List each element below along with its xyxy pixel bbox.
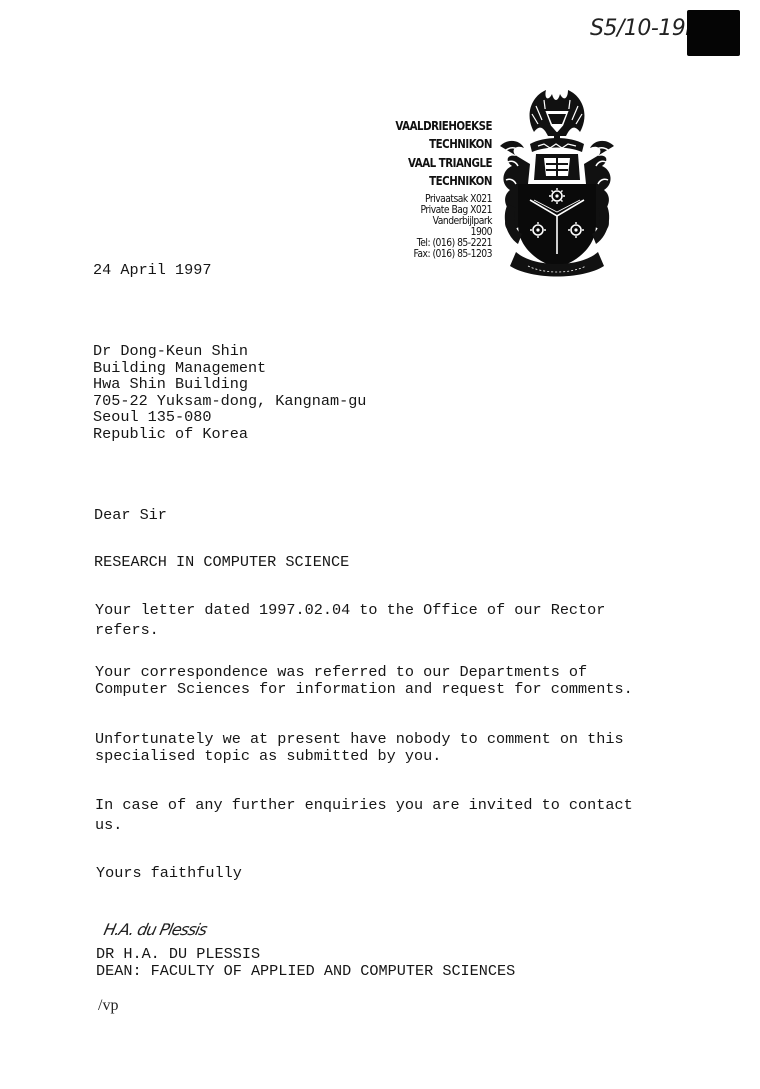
letterhead-text: VAALDRIEHOEKSE TECHNIKON VAAL TRIANGLE T… (352, 117, 492, 260)
recipient-line: Building Management (93, 360, 366, 377)
fax: Fax: (016) 85-1203 (369, 249, 492, 260)
body-paragraph: Your correspondence was referred to our … (95, 664, 633, 698)
typist-reference: /vp (98, 997, 118, 1015)
institution-name-af-1: VAALDRIEHOEKSE (377, 117, 492, 135)
closing: Yours faithfully (96, 865, 242, 882)
body-paragraph: In case of any further enquiries you are… (95, 795, 633, 835)
recipient-line: 705-22 Yuksam-dong, Kangnam-gu (93, 393, 366, 410)
paragraph-line: specialised topic as submitted by you. (95, 748, 624, 765)
redaction-block (687, 10, 740, 56)
coat-of-arms-icon (494, 84, 620, 280)
body-paragraph: Your letter dated 1997.02.04 to the Offi… (95, 600, 605, 640)
paragraph-line: us. (95, 815, 633, 835)
file-reference: S5/10-19L (590, 16, 697, 41)
recipient-line: Dr Dong-Keun Shin (93, 343, 366, 360)
paragraph-line: Your correspondence was referred to our … (95, 664, 633, 681)
institution-name-en-1: VAAL TRIANGLE (377, 154, 492, 172)
institution-name-en-2: TECHNIKON (377, 172, 492, 190)
paragraph-line: Your letter dated 1997.02.04 to the Offi… (95, 600, 605, 620)
recipient-line: Hwa Shin Building (93, 376, 366, 393)
body-paragraph: Unfortunately we at present have nobody … (95, 731, 624, 765)
paragraph-line: refers. (95, 620, 605, 640)
signatory-name: DR H.A. DU PLESSIS (96, 946, 515, 963)
salutation: Dear Sir (94, 507, 167, 524)
paragraph-line: In case of any further enquiries you are… (95, 795, 633, 815)
letter-date: 24 April 1997 (93, 262, 211, 279)
recipient-line: Republic of Korea (93, 426, 366, 443)
signatory-title: DEAN: FACULTY OF APPLIED AND COMPUTER SC… (96, 963, 515, 980)
paragraph-line: Unfortunately we at present have nobody … (95, 731, 624, 748)
subject-line: RESEARCH IN COMPUTER SCIENCE (94, 554, 349, 571)
paragraph-line: Computer Sciences for information and re… (95, 681, 633, 698)
recipient-address: Dr Dong-Keun Shin Building Management Hw… (93, 343, 366, 442)
signature: H.A. du Plessis (102, 920, 208, 939)
signatory-block: DR H.A. DU PLESSIS DEAN: FACULTY OF APPL… (96, 946, 515, 979)
institution-name-af-2: TECHNIKON (377, 135, 492, 153)
recipient-line: Seoul 135-080 (93, 409, 366, 426)
